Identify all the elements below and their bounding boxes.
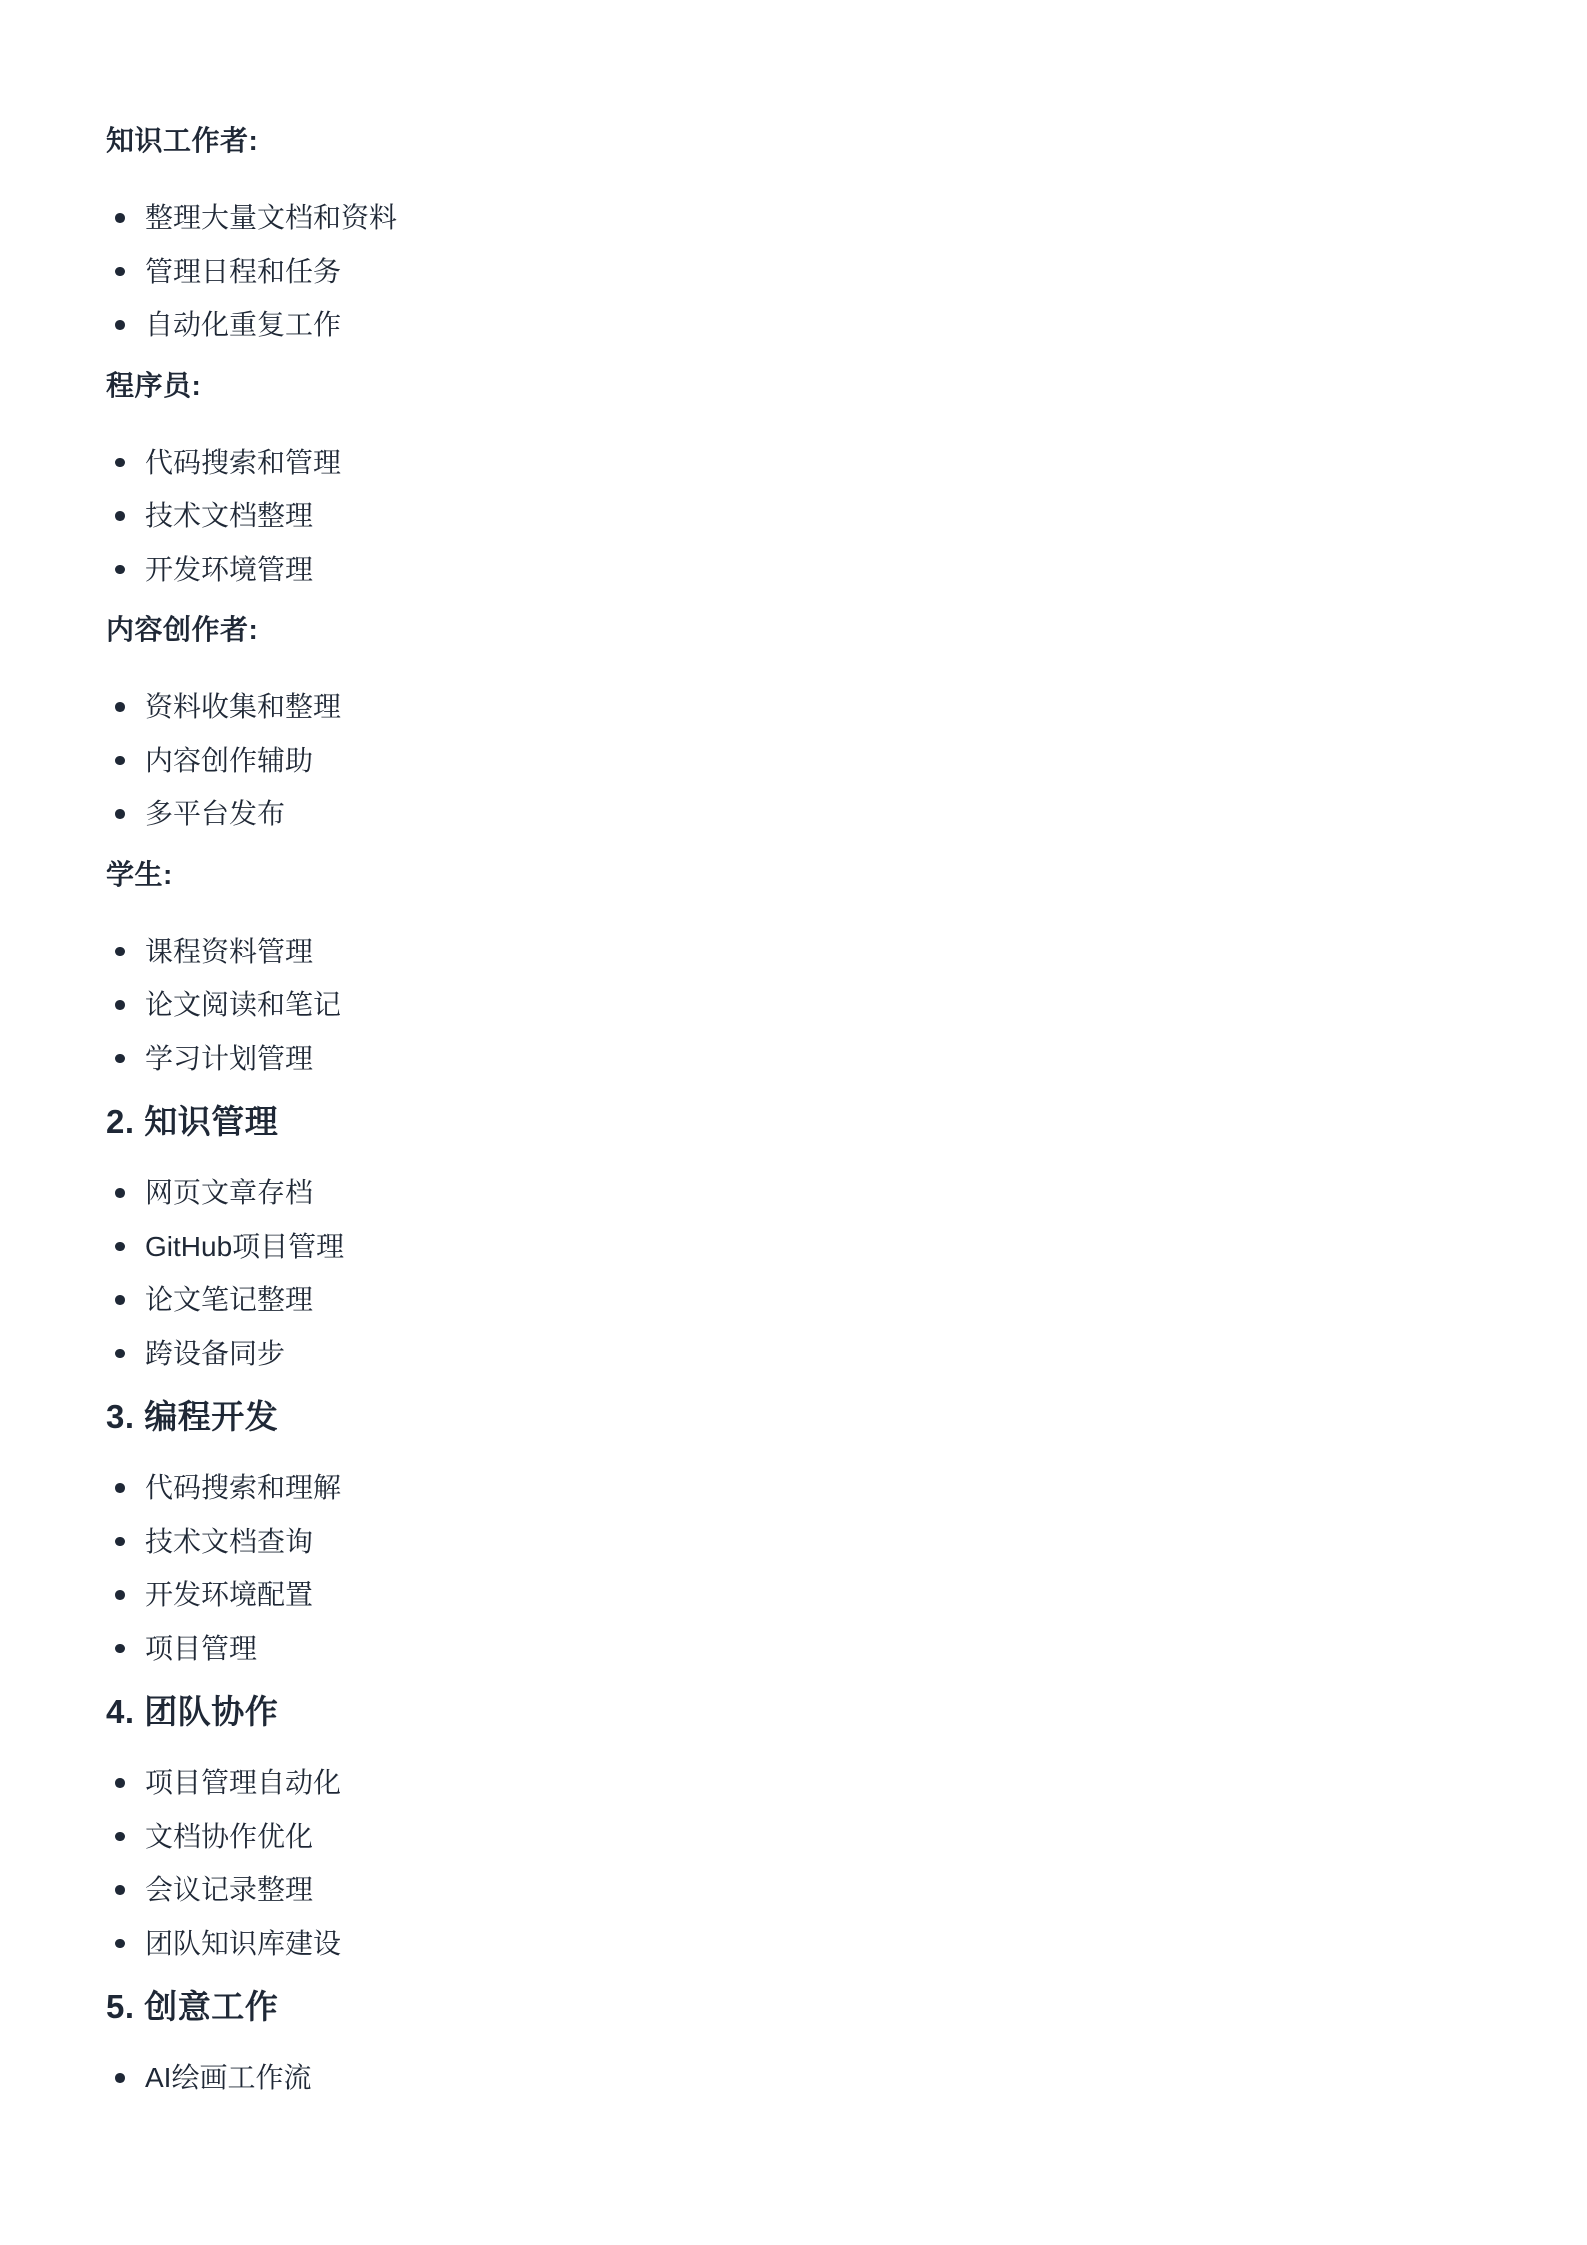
- bullet-dot-icon: [115, 1939, 125, 1949]
- bullet-dot-icon: [115, 1778, 125, 1788]
- list-item-text: 课程资料管理: [145, 936, 313, 967]
- list-item: 跨设备同步: [106, 1327, 1507, 1381]
- list-item: 代码搜索和理解: [106, 1461, 1507, 1515]
- list-item: 技术文档整理: [106, 489, 1507, 543]
- list-item: 整理大量文档和资料: [106, 191, 1507, 245]
- section-heading: 3. 编程开发: [106, 1399, 1507, 1435]
- bullet-dot-icon: [115, 1590, 125, 1600]
- list-item: AI绘画工作流: [106, 2051, 1507, 2105]
- bullet-dot-icon: [115, 320, 125, 330]
- bullet-list: 代码搜索和理解技术文档查询开发环境配置项目管理: [106, 1461, 1507, 1675]
- list-item-text: 资料收集和整理: [145, 691, 341, 722]
- subsection-label: 学生:: [106, 860, 1507, 890]
- list-item: 论文笔记整理: [106, 1273, 1507, 1327]
- bullet-dot-icon: [115, 1537, 125, 1547]
- list-item: 项目管理自动化: [106, 1756, 1507, 1810]
- bullet-list: 网页文章存档GitHub项目管理论文笔记整理跨设备同步: [106, 1166, 1507, 1380]
- bullet-list: 代码搜索和管理技术文档整理开发环境管理: [106, 436, 1507, 597]
- subsection-label: 内容创作者:: [106, 615, 1507, 645]
- bullet-dot-icon: [115, 213, 125, 223]
- list-item: 内容创作辅助: [106, 734, 1507, 788]
- bullet-dot-icon: [115, 702, 125, 712]
- list-item-text: AI绘画工作流: [145, 2062, 311, 2093]
- bullet-dot-icon: [115, 1295, 125, 1305]
- bullet-dot-icon: [115, 809, 125, 819]
- list-item-text: 项目管理自动化: [145, 1767, 341, 1798]
- list-item-text: 整理大量文档和资料: [145, 202, 397, 233]
- list-item: 资料收集和整理: [106, 680, 1507, 734]
- list-item: 多平台发布: [106, 787, 1507, 841]
- subsection-label: 知识工作者:: [106, 126, 1507, 156]
- list-item: 技术文档查询: [106, 1515, 1507, 1569]
- bullet-list: AI绘画工作流: [106, 2051, 1507, 2105]
- bullet-dot-icon: [115, 1832, 125, 1842]
- bullet-dot-icon: [115, 1054, 125, 1064]
- list-item-text: 代码搜索和理解: [145, 1472, 341, 1503]
- bullet-dot-icon: [115, 511, 125, 521]
- list-item: 管理日程和任务: [106, 245, 1507, 299]
- bullet-dot-icon: [115, 1000, 125, 1010]
- list-item-text: 论文笔记整理: [145, 1284, 313, 1315]
- section-heading: 2. 知识管理: [106, 1104, 1507, 1140]
- list-item-text: 跨设备同步: [145, 1338, 285, 1369]
- list-item: 论文阅读和笔记: [106, 978, 1507, 1032]
- subsection-label: 程序员:: [106, 371, 1507, 401]
- list-item-text: 管理日程和任务: [145, 256, 341, 287]
- bullet-list: 项目管理自动化文档协作优化会议记录整理团队知识库建设: [106, 1756, 1507, 1970]
- bullet-list: 课程资料管理论文阅读和笔记学习计划管理: [106, 925, 1507, 1086]
- list-item: 课程资料管理: [106, 925, 1507, 979]
- list-item: 网页文章存档: [106, 1166, 1507, 1220]
- list-item-text: 网页文章存档: [145, 1177, 313, 1208]
- list-item-text: 团队知识库建设: [145, 1928, 341, 1959]
- section-heading: 4. 团队协作: [106, 1694, 1507, 1730]
- list-item: 会议记录整理: [106, 1863, 1507, 1917]
- list-item-text: 文档协作优化: [145, 1821, 313, 1852]
- bullet-list: 资料收集和整理内容创作辅助多平台发布: [106, 680, 1507, 841]
- list-item: GitHub项目管理: [106, 1220, 1507, 1274]
- list-item-text: 会议记录整理: [145, 1874, 313, 1905]
- list-item-text: 项目管理: [145, 1633, 257, 1664]
- bullet-dot-icon: [115, 565, 125, 575]
- document-page: 知识工作者:整理大量文档和资料管理日程和任务自动化重复工作程序员:代码搜索和管理…: [0, 0, 1587, 2245]
- list-item-text: 自动化重复工作: [145, 309, 341, 340]
- bullet-list: 整理大量文档和资料管理日程和任务自动化重复工作: [106, 191, 1507, 352]
- bullet-dot-icon: [115, 1885, 125, 1895]
- list-item-text: 论文阅读和笔记: [145, 989, 341, 1020]
- list-item-text: 代码搜索和管理: [145, 447, 341, 478]
- bullet-dot-icon: [115, 458, 125, 468]
- bullet-dot-icon: [115, 1188, 125, 1198]
- list-item-text: 内容创作辅助: [145, 745, 313, 776]
- bullet-dot-icon: [115, 1349, 125, 1359]
- list-item: 文档协作优化: [106, 1810, 1507, 1864]
- bullet-dot-icon: [115, 267, 125, 277]
- list-item: 开发环境配置: [106, 1568, 1507, 1622]
- list-item-text: 多平台发布: [145, 798, 285, 829]
- bullet-dot-icon: [115, 2073, 125, 2083]
- bullet-dot-icon: [115, 947, 125, 957]
- list-item: 代码搜索和管理: [106, 436, 1507, 490]
- bullet-dot-icon: [115, 1242, 125, 1252]
- bullet-dot-icon: [115, 1644, 125, 1654]
- bullet-dot-icon: [115, 756, 125, 766]
- list-item: 自动化重复工作: [106, 298, 1507, 352]
- list-item: 开发环境管理: [106, 543, 1507, 597]
- list-item-text: 技术文档整理: [145, 500, 313, 531]
- section-heading: 5. 创意工作: [106, 1989, 1507, 2025]
- list-item-text: 学习计划管理: [145, 1043, 313, 1074]
- list-item-text: 技术文档查询: [145, 1526, 313, 1557]
- bullet-dot-icon: [115, 1483, 125, 1493]
- list-item: 学习计划管理: [106, 1032, 1507, 1086]
- list-item-text: 开发环境管理: [145, 554, 313, 585]
- list-item: 团队知识库建设: [106, 1917, 1507, 1971]
- list-item-text: 开发环境配置: [145, 1579, 313, 1610]
- list-item: 项目管理: [106, 1622, 1507, 1676]
- list-item-text: GitHub项目管理: [145, 1231, 344, 1262]
